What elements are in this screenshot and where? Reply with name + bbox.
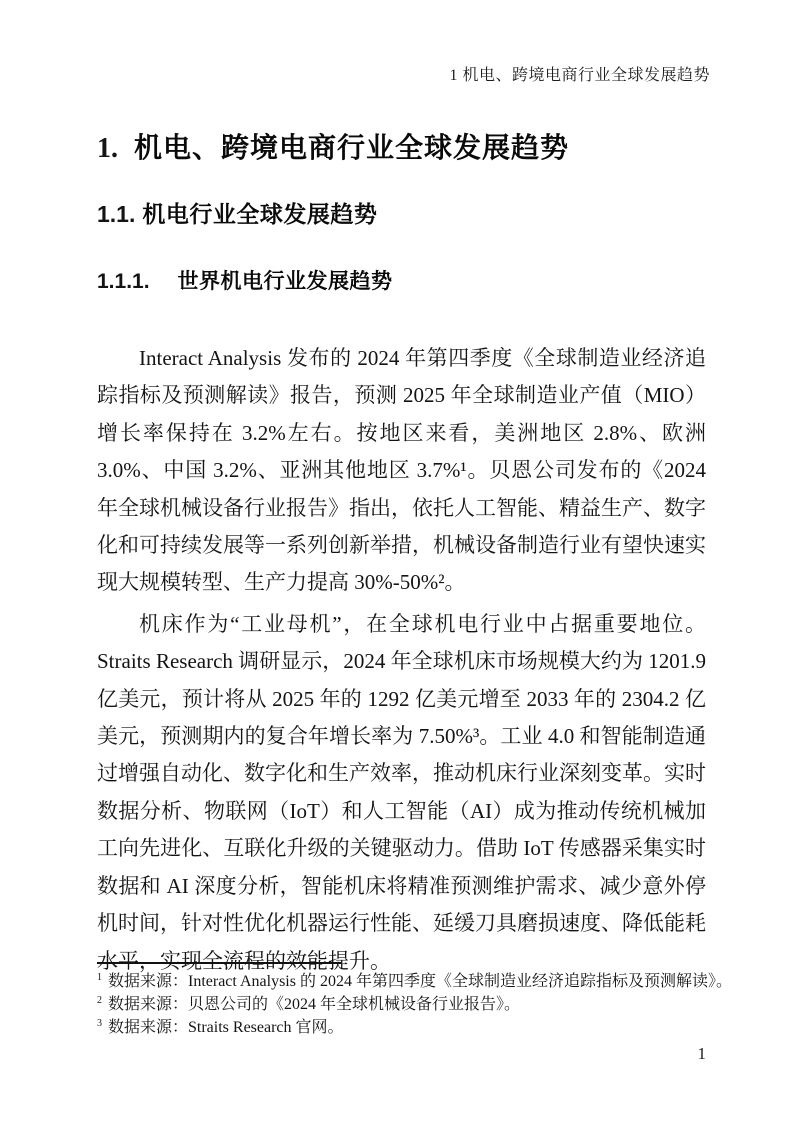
heading-section-number: 1.1. xyxy=(97,201,135,227)
footnote-marker: 1 xyxy=(97,972,102,983)
footnote-separator xyxy=(97,962,341,964)
footnote-item: 1数据来源：Interact Analysis 的 2024 年第四季度《全球制… xyxy=(97,970,709,993)
footnote-marker: 3 xyxy=(97,1018,102,1029)
running-header: 1 机电、跨境电商行业全球发展趋势 xyxy=(97,62,710,85)
heading-subsection-number: 1.1.1. xyxy=(97,270,150,293)
heading-chapter: 1.机电、跨境电商行业全球发展趋势 xyxy=(97,131,757,166)
heading-chapter-number: 1. xyxy=(97,133,118,164)
paragraph: 机床作为“工业母机”，在全球机电行业中占据重要地位。Straits Resear… xyxy=(97,606,706,980)
footnote-item: 3数据来源：Straits Research 官网。 xyxy=(97,1016,709,1039)
heading-subsection-title: 世界机电行业发展趋势 xyxy=(178,270,393,293)
footnotes: 1数据来源：Interact Analysis 的 2024 年第四季度《全球制… xyxy=(97,970,709,1039)
footnote-text: 数据来源：Interact Analysis 的 2024 年第四季度《全球制造… xyxy=(108,973,732,990)
heading-subsection: 1.1.1.世界机电行业发展趋势 xyxy=(97,269,757,294)
footnote-marker: 2 xyxy=(97,995,102,1006)
footnote-text: 数据来源：Straits Research 官网。 xyxy=(108,1019,344,1036)
document-page: 1 机电、跨境电商行业全球发展趋势 1.机电、跨境电商行业全球发展趋势 1.1.… xyxy=(0,0,803,1134)
heading-section-title: 机电行业全球发展趋势 xyxy=(142,201,377,227)
footnote-text: 数据来源：贝恩公司的《2024 年全球机械设备行业报告》。 xyxy=(108,996,520,1013)
body-text: Interact Analysis 发布的 2024 年第四季度《全球制造业经济… xyxy=(97,340,706,980)
heading-section: 1.1.机电行业全球发展趋势 xyxy=(97,201,757,229)
heading-chapter-title: 机电、跨境电商行业全球发展趋势 xyxy=(134,132,569,163)
page-number: 1 xyxy=(97,1044,706,1064)
paragraph: Interact Analysis 发布的 2024 年第四季度《全球制造业经济… xyxy=(97,340,706,602)
footnote-item: 2数据来源：贝恩公司的《2024 年全球机械设备行业报告》。 xyxy=(97,993,709,1016)
